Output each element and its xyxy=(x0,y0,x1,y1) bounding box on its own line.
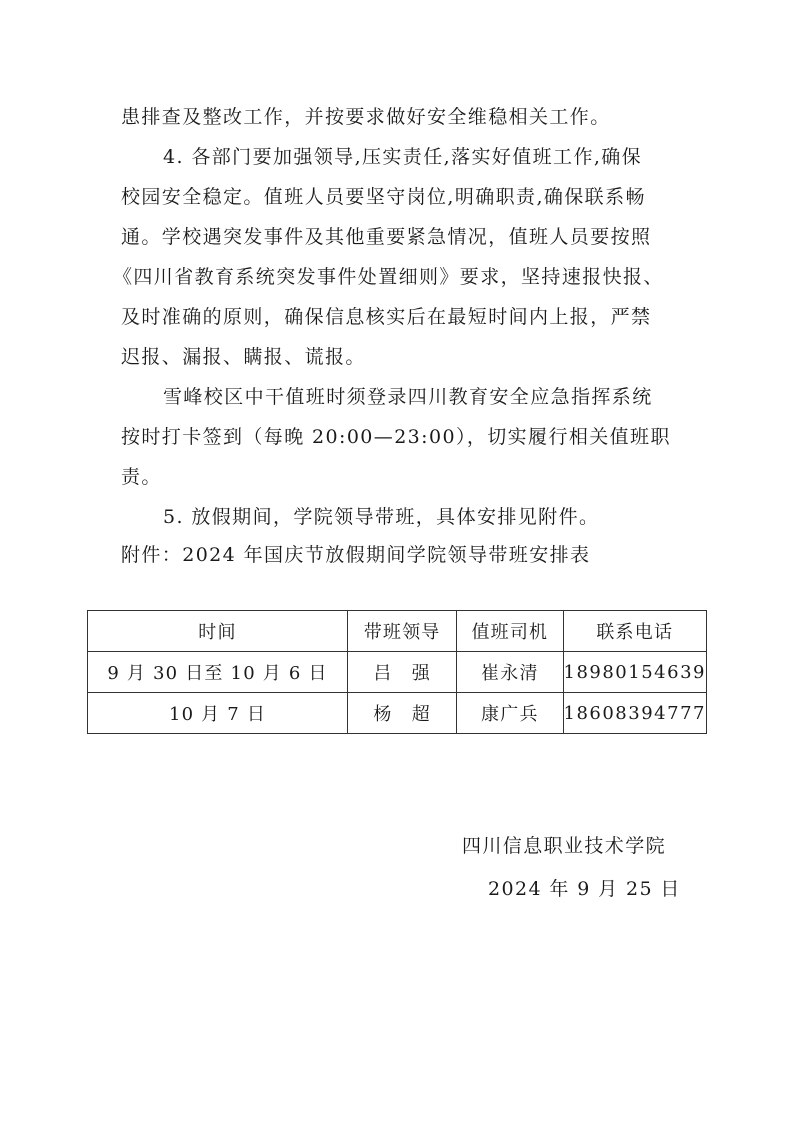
attachment-title: 附件：2024 年国庆节放假期间学院领导带班安排表 xyxy=(121,543,681,567)
paragraph-line: 患排查及整改工作，并按要求做好安全维稳相关工作。 xyxy=(121,105,681,129)
cell-leader: 杨 超 xyxy=(348,693,457,734)
paragraph-line: 5. 放假期间，学院领导带班，具体安排见附件。 xyxy=(163,505,681,529)
cell-phone: 18608394777 xyxy=(563,693,707,734)
cell-driver: 康广兵 xyxy=(457,693,563,734)
signature-date: 2024 年 9 月 25 日 xyxy=(488,874,681,901)
paragraph-line: 及时准确的原则，确保信息核实后在最短时间内上报，严禁 xyxy=(121,305,681,329)
header-leader: 带班领导 xyxy=(348,611,457,652)
cell-time: 10 月 7 日 xyxy=(88,693,348,734)
table-header-row: 时间 带班领导 值班司机 联系电话 xyxy=(88,611,707,652)
table-row: 9 月 30 日至 10 月 6 日 吕 强 崔永清 18980154639 xyxy=(88,652,707,693)
paragraph-line: 按时打卡签到（每晚 20:00—23:00），切实履行相关值班职 xyxy=(121,425,681,449)
cell-driver: 崔永清 xyxy=(457,652,563,693)
table-row: 10 月 7 日 杨 超 康广兵 18608394777 xyxy=(88,693,707,734)
header-driver: 值班司机 xyxy=(457,611,563,652)
cell-phone: 18980154639 xyxy=(563,652,707,693)
header-time: 时间 xyxy=(88,611,348,652)
paragraph-line: 《四川省教育系统突发事件处置细则》要求，坚持速报快报、 xyxy=(113,265,673,289)
cell-leader: 吕 强 xyxy=(348,652,457,693)
header-phone: 联系电话 xyxy=(563,611,707,652)
duty-schedule-table: 时间 带班领导 值班司机 联系电话 9 月 30 日至 10 月 6 日 吕 强… xyxy=(87,610,707,734)
paragraph-line: 雪峰校区中干值班时须登录四川教育安全应急指挥系统 xyxy=(163,385,681,409)
cell-time: 9 月 30 日至 10 月 6 日 xyxy=(88,652,348,693)
paragraph-line: 校园安全稳定。值班人员要坚守岗位,明确职责,确保联系畅 xyxy=(121,185,681,209)
signature-organization: 四川信息职业技术学院 xyxy=(462,831,666,858)
paragraph-line: 4. 各部门要加强领导,压实责任,落实好值班工作,确保 xyxy=(163,145,681,169)
paragraph-line: 通。学校遇突发事件及其他重要紧急情况，值班人员要按照 xyxy=(121,225,681,249)
paragraph-line: 迟报、漏报、瞒报、谎报。 xyxy=(121,345,681,369)
document-page: 患排查及整改工作，并按要求做好安全维稳相关工作。 4. 各部门要加强领导,压实责… xyxy=(0,0,794,1122)
paragraph-line: 责。 xyxy=(121,465,681,489)
